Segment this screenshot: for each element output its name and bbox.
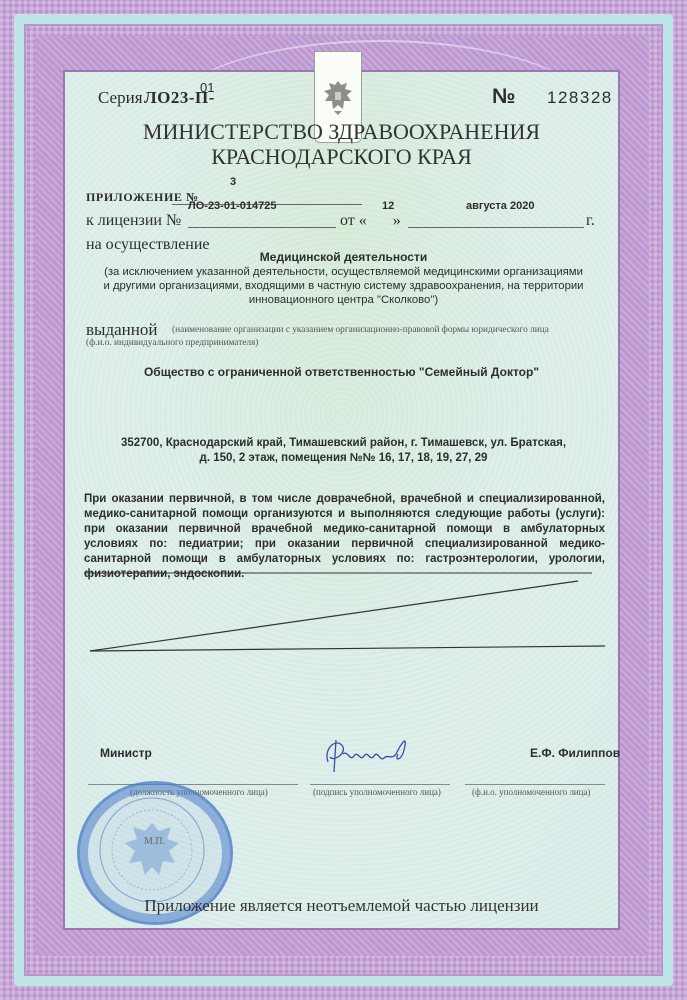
caption-name: (ф.и.о. уполномоченного лица) (472, 787, 590, 797)
signature-line (310, 784, 450, 785)
stamp-placeholder-label: М.П. (144, 836, 165, 847)
signatory-role: Министр (100, 746, 152, 760)
signatory-name: Е.Ф. Филиппов (530, 746, 620, 760)
footer-note: Приложение является неотъемлемой частью … (63, 896, 620, 916)
caption-signature: (подпись уполномоченного лица) (313, 787, 441, 797)
name-line (465, 784, 605, 785)
signature-icon (318, 732, 418, 777)
